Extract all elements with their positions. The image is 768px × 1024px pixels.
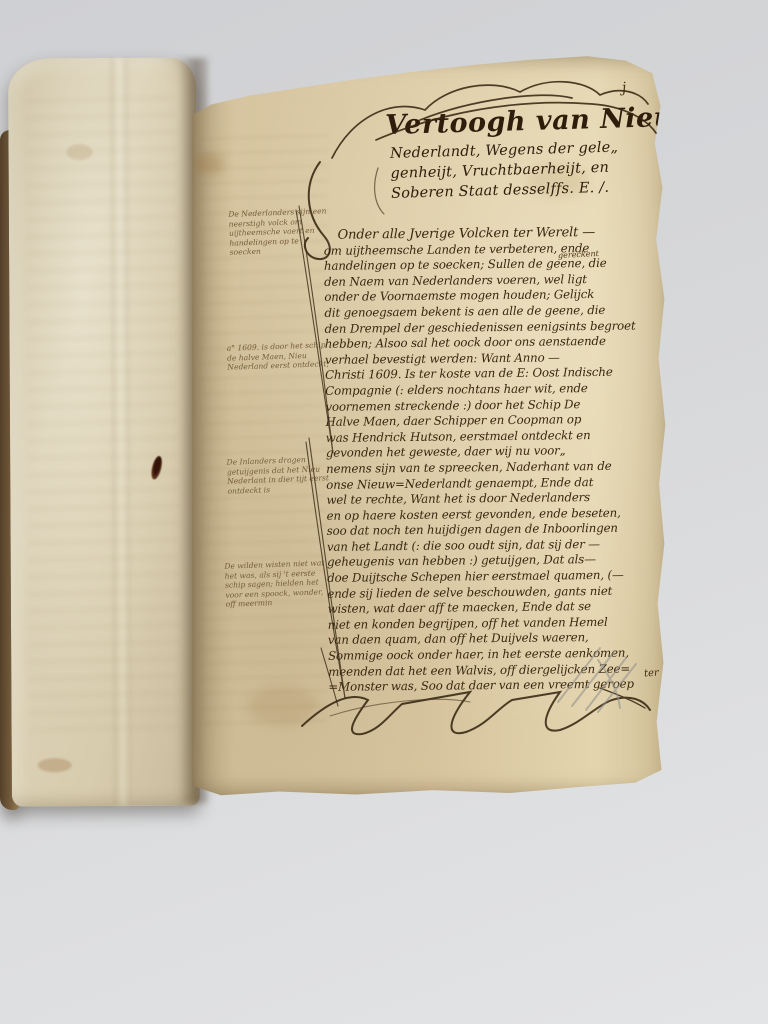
- folio-number: j: [621, 80, 627, 96]
- manuscript-title: Vertoogh van Nieuw=Nederlandt, Wegens de…: [389, 100, 670, 204]
- margin-note-1: De Nederlanders sijn een neerstigh volck…: [228, 206, 332, 257]
- margin-note-3: De Inlanders dragen getuijgenis dat het …: [226, 454, 329, 496]
- paper-stain: [38, 758, 72, 772]
- verso-blank-page: [8, 58, 200, 807]
- manuscript-text-line: =Monster was, Soo dat daer van een vreem…: [328, 676, 680, 695]
- photo-of-manuscript: j Vertoogh van Nieuw=Nederlandt, Wegens …: [0, 0, 768, 1024]
- margin-note-4: De wilden wisten niet wat het was, als s…: [224, 558, 328, 609]
- paper-stain: [248, 686, 318, 726]
- paper-stain: [194, 154, 224, 174]
- margin-note-2: a° 1609. is door het schip de halve Maen…: [227, 340, 330, 372]
- catchword: ter: [644, 668, 659, 680]
- body-text-block: Onder alle Jverige Volcken ter Werelt —o…: [324, 224, 681, 695]
- ink-bleedthrough-left: [26, 96, 179, 739]
- recto-manuscript-page: j Vertoogh van Nieuw=Nederlandt, Wegens …: [192, 54, 674, 796]
- paper-stain: [66, 144, 92, 160]
